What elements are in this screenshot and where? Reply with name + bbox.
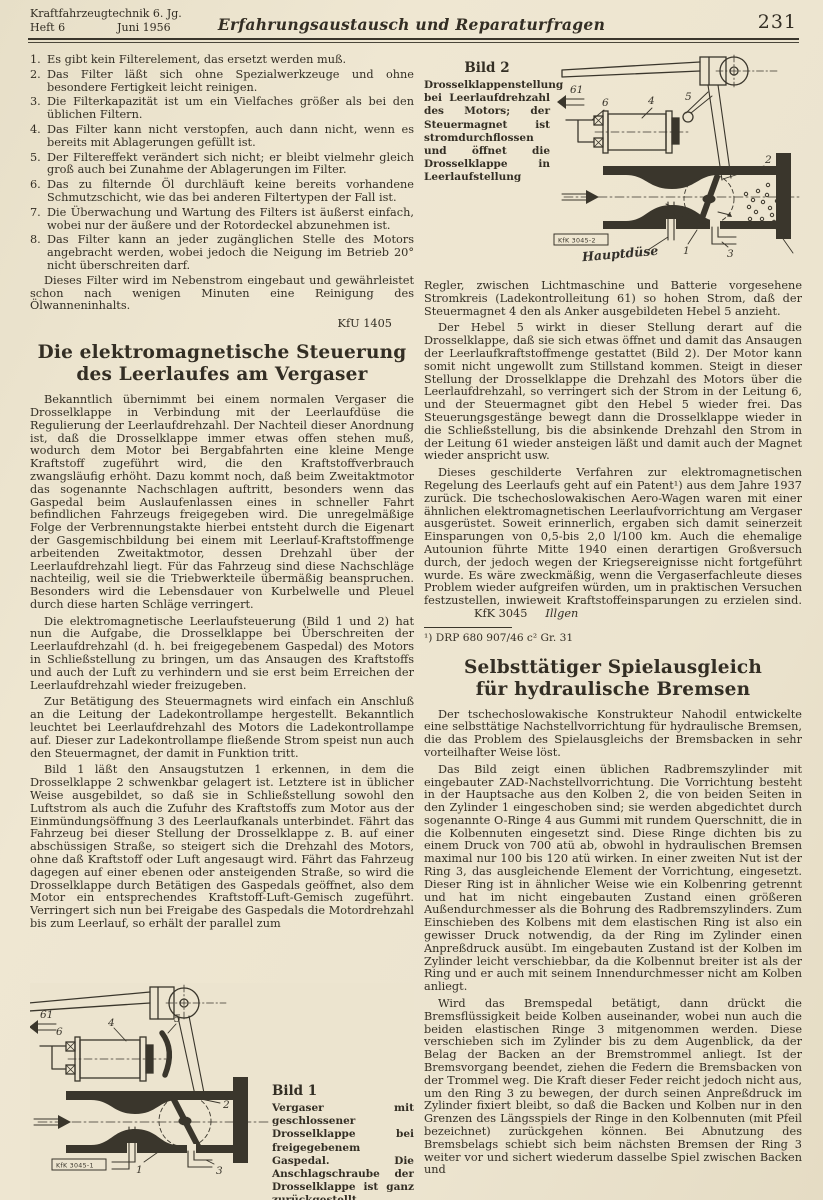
figure2-caption-text: Drosselklappenstellung bei Leerlaufdrehz… xyxy=(424,79,550,185)
paragraph: Dieses Filter wird im Nebenstrom eingeba… xyxy=(30,275,414,313)
list-number: 1. xyxy=(30,54,47,67)
label-lever-5: 5 xyxy=(685,91,692,103)
figure-stamp: KfK 3045-2 xyxy=(558,238,596,245)
list-number: 3. xyxy=(30,96,47,122)
label-flap-2: 2 xyxy=(764,154,772,166)
list-item: 6.Das zu filternde Öl durchläuft keine b… xyxy=(30,179,414,205)
list-text: Das Filter läßt sich ohne Spezialwerkzeu… xyxy=(47,69,414,95)
reference-code: KfK 3045 xyxy=(474,607,527,620)
figure1-title: Bild 1 xyxy=(272,1083,414,1099)
label-flap-2: 2 xyxy=(222,1099,230,1111)
list-number: 5. xyxy=(30,152,47,178)
carburetor-idle-diagram: 61 6 4 5 2 1 3 Hauptdüse KfK 3045-2 xyxy=(550,54,802,270)
footnote-rule xyxy=(424,627,512,628)
list-item: 4.Das Filter kann nicht verstopfen, auch… xyxy=(30,124,414,150)
article-signature: KfK 3045Illgen xyxy=(460,608,578,621)
list-number: 8. xyxy=(30,234,47,272)
figure-bild2: Bild 2 Drosselklappenstellung bei Leerla… xyxy=(424,54,802,278)
list-text: Es gibt kein Filterelement, das ersetzt … xyxy=(47,54,414,67)
paragraph-text: Dieses geschilderte Verfahren zur elektr… xyxy=(424,466,802,607)
label-wire-61: 61 xyxy=(570,84,583,96)
list-text: Das Filter kann an jeder zugänglichen St… xyxy=(47,234,414,272)
list-text: Die Überwachung und Wartung des Filters … xyxy=(47,207,414,233)
label-line-6: 6 xyxy=(602,97,609,109)
list-number: 4. xyxy=(30,124,47,150)
header-rule-thin xyxy=(28,42,799,43)
label-intake-1: 1 xyxy=(136,1164,143,1176)
journal-page: Kraftfahrzeugtechnik 6. Jg. Heft 6Juni 1… xyxy=(0,0,823,1200)
figure2-caption: Bild 2 Drosselklappenstellung bei Leerla… xyxy=(424,60,550,185)
list-item: 5.Der Filtereffekt verändert sich nicht;… xyxy=(30,152,414,178)
label-magnet-4: 4 xyxy=(107,1017,115,1029)
label-port-3: 3 xyxy=(216,1165,223,1177)
paragraph: Der tschechoslowakische Konstrukteur Nah… xyxy=(424,709,802,760)
label-intake-1: 1 xyxy=(683,245,690,257)
article-title: Die elektromagnetische Steuerungdes Leer… xyxy=(30,342,414,386)
paragraph: Bekanntlich übernimmt bei einem normalen… xyxy=(30,394,414,612)
carburetor-closed-diagram: 61 6 4 5 2 1 3 KfK 3045-1 xyxy=(30,983,293,1190)
figure1-caption-text: Vergaser mit geschlossener Drosselklappe… xyxy=(272,1102,414,1200)
label-magnet-4: 4 xyxy=(647,95,655,107)
footnote-block: ¹) DRP 680 907/46 c² Gr. 31 xyxy=(424,627,802,645)
paragraph: Dieses geschilderte Verfahren zur elektr… xyxy=(424,467,802,621)
left-column: 1.Es gibt kein Filterelement, das ersetz… xyxy=(30,54,414,1200)
list-item: 8.Das Filter kann an jeder zugänglichen … xyxy=(30,234,414,272)
paragraph: Zur Betätigung des Steuermagnets wird ei… xyxy=(30,696,414,760)
paragraph: Das Bild zeigt einen üblichen Radbremszy… xyxy=(424,764,802,994)
list-number: 6. xyxy=(30,179,47,205)
reference-code: KfU 1405 xyxy=(30,317,414,330)
list-text: Das Filter kann nicht verstopfen, auch d… xyxy=(47,124,414,150)
list-item: 1.Es gibt kein Filterelement, das ersetz… xyxy=(30,54,414,67)
footnote-text: ¹) DRP 680 907/46 c² Gr. 31 xyxy=(424,632,802,645)
paragraph: Die elektromagnetische Leerlaufsteuerung… xyxy=(30,616,414,693)
figure-stamp: KfK 3045-1 xyxy=(56,1163,94,1170)
author-name: Illgen xyxy=(545,607,578,620)
list-item: 2.Das Filter läßt sich ohne Spezialwerkz… xyxy=(30,69,414,95)
label-main-jet: Hauptdüse xyxy=(580,243,658,265)
running-title: Erfahrungsaustausch und Reparaturfragen xyxy=(0,15,823,34)
label-lever-5: 5 xyxy=(174,1013,181,1025)
article-title: Selbsttätiger Spielausgleichfür hydrauli… xyxy=(424,657,802,701)
list-text: Das zu filternde Öl durchläuft keine ber… xyxy=(47,179,414,205)
paragraph: Wird das Bremspedal betätigt, dann drück… xyxy=(424,998,802,1177)
label-port-3: 3 xyxy=(727,248,734,260)
label-line-6: 6 xyxy=(56,1026,63,1038)
label-wire-61: 61 xyxy=(40,1009,53,1021)
header-rule-thick xyxy=(28,38,799,40)
list-item: 7.Die Überwachung und Wartung des Filter… xyxy=(30,207,414,233)
figure1-caption: Bild 1 Vergaser mit geschlossener Drosse… xyxy=(272,1083,414,1200)
paragraph: Regler, zwischen Lichtmaschine und Batte… xyxy=(424,280,802,318)
page-number: 231 xyxy=(758,11,797,33)
figure2-title: Bild 2 xyxy=(424,60,550,76)
article-title-line2: für hydraulische Bremsen xyxy=(476,679,750,700)
list-text: Der Filtereffekt verändert sich nicht; e… xyxy=(47,152,414,178)
figure-bild1: 61 6 4 5 2 1 3 KfK 3045-1 Bild 1 Vergase… xyxy=(30,983,414,1200)
list-number: 7. xyxy=(30,207,47,233)
paragraph: Bild 1 läßt den Ansaugstutzen 1 erkennen… xyxy=(30,764,414,930)
list-text: Die Filterkapazität ist um ein Vielfache… xyxy=(47,96,414,122)
article-title-line1: Die elektromagnetische Steuerung xyxy=(38,342,407,363)
article-title-line2: des Leerlaufes am Vergaser xyxy=(76,364,367,385)
list-number: 2. xyxy=(30,69,47,95)
article-title-line1: Selbsttätiger Spielausgleich xyxy=(464,657,762,678)
list-item: 3.Die Filterkapazität ist um ein Vielfac… xyxy=(30,96,414,122)
paragraph: Der Hebel 5 wirkt in dieser Stellung der… xyxy=(424,322,802,463)
right-column: Bild 2 Drosselklappenstellung bei Leerla… xyxy=(424,54,802,1200)
